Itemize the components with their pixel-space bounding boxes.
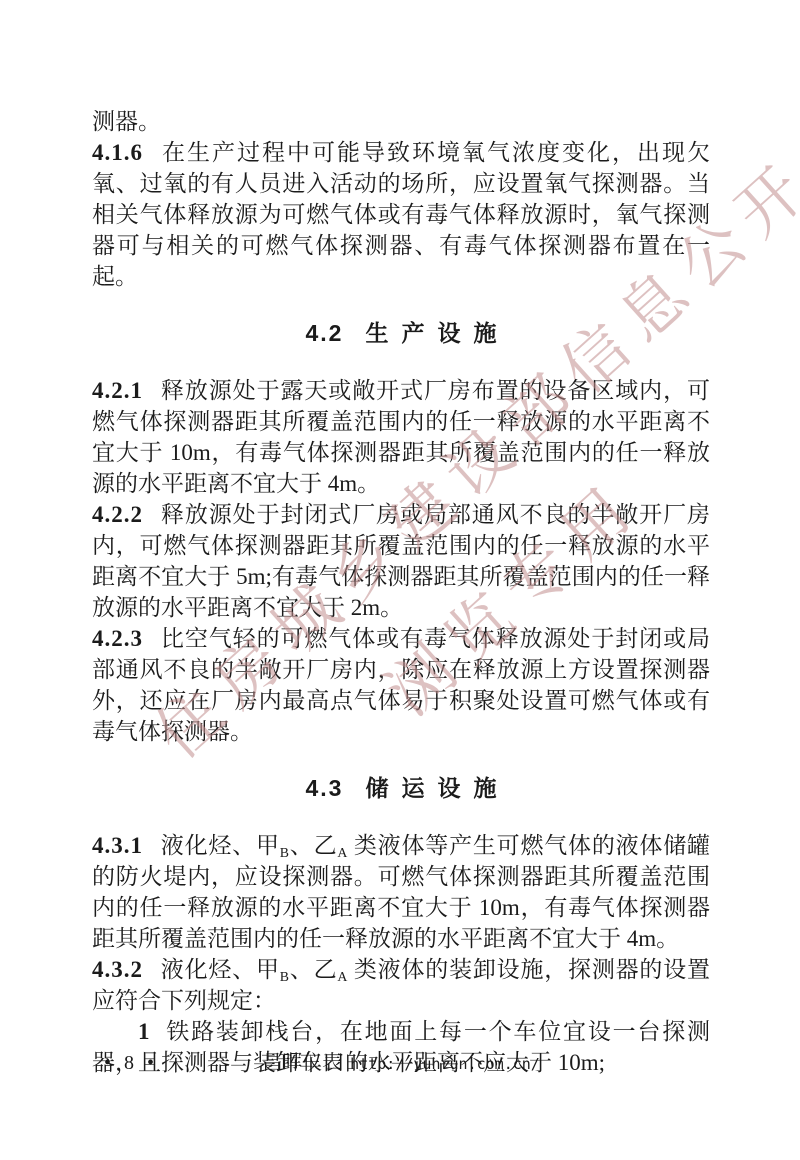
clause-4-2-1: 4.2.1释放源处于露天或敞开式厂房布置的设备区域内，可燃气体探测器距其所覆盖范… [92,375,710,499]
page-number: • 8 • [104,1050,158,1076]
clause-number: 4.1.6 [92,140,143,165]
clause-text: 释放源处于露天或敞开式厂房布置的设备区域内，可燃气体探测器距其所覆盖范围内的任一… [92,378,710,496]
subscript: A [337,969,347,984]
section-heading-4-2: 4.2生产设施 [92,318,710,349]
page-footer: • 8 • 昌晖仪表http://yunrun.com.cn/ [92,1050,710,1076]
clause-number: 4.2.1 [92,378,143,403]
document-page: 住房城乡建设部信息公开 浏览专用 测器。 4.1.6在生产过程中可能导致环境氧气… [0,0,800,1160]
section-title: 生产设施 [365,320,509,346]
section-number: 4.3 [306,775,344,801]
clause-number: 4.2.3 [92,626,143,651]
footer-text: 昌晖仪表http://yunrun.com.cn/ [92,1050,710,1077]
clause-4-2-2: 4.2.2释放源处于封闭式厂房或局部通风不良的半敞开厂房内，可燃气体探测器距其所… [92,499,710,623]
clause-text: 释放源处于封闭式厂房或局部通风不良的半敞开厂房内，可燃气体探测器距其所覆盖范围内… [92,502,710,620]
subscript: B [280,969,289,984]
clause-number: 4.3.1 [92,833,143,858]
clause-text: 测器。 [92,109,161,134]
footer-url: http://yunrun.com.cn/ [350,1055,540,1073]
section-heading-4-3: 4.3储运设施 [92,773,710,804]
clause-text: 在生产过程中可能导致环境氧气浓度变化，出现欠氧、过氧的有人员进入活动的场所，应设… [92,140,710,289]
clause-text: 液化烃、甲B、乙A 类液体的装卸设施，探测器的设置应符合下列规定： [92,957,710,1013]
section-title: 储运设施 [365,775,509,801]
list-item-number: 1 [138,1019,150,1044]
paragraph-continuation: 测器。 [92,106,710,137]
clause-4-3-2: 4.3.2液化烃、甲B、乙A 类液体的装卸设施，探测器的设置应符合下列规定： [92,954,710,1016]
clause-4-3-1: 4.3.1液化烃、甲B、乙A 类液体等产生可燃气体的液体储罐的防火堤内，应设探测… [92,830,710,954]
clause-text: 液化烃、甲B、乙A 类液体等产生可燃气体的液体储罐的防火堤内，应设探测器。可燃气… [92,833,710,951]
page-content: 测器。 4.1.6在生产过程中可能导致环境氧气浓度变化，出现欠氧、过氧的有人员进… [92,106,710,1078]
clause-number: 4.2.2 [92,502,143,527]
subscript: A [337,845,347,860]
clause-4-2-3: 4.2.3比空气轻的可燃气体或有毒气体释放源处于封闭或局部通风不良的半敞开厂房内… [92,623,710,747]
subscript: B [280,845,289,860]
clause-4-1-6: 4.1.6在生产过程中可能导致环境氧气浓度变化，出现欠氧、过氧的有人员进入活动的… [92,137,710,292]
clause-text: 比空气轻的可燃气体或有毒气体释放源处于封闭或局部通风不良的半敞开厂房内，除应在释… [92,626,710,744]
footer-brand: 昌晖仪表 [262,1052,342,1074]
section-number: 4.2 [306,320,344,346]
clause-number: 4.3.2 [92,957,143,982]
